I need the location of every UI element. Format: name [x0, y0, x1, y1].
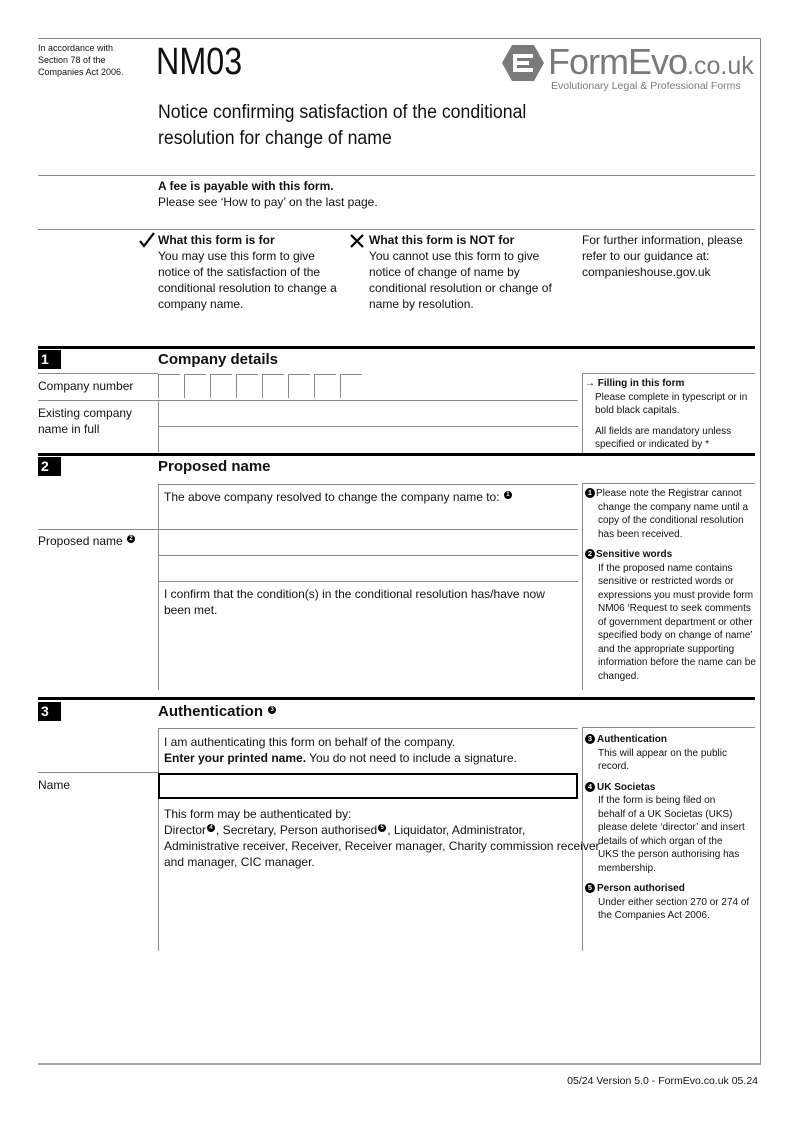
note-line: expressions you must provide form [585, 589, 757, 603]
note-line: If the form is being filed on [585, 794, 757, 808]
authorised-roles-line: Director4, Secretary, Person authorised5… [164, 822, 600, 838]
divider [38, 529, 158, 530]
version-footer: 05/24 Version 5.0 - FormEvo.co.uk 05.24 [567, 1075, 758, 1087]
resolved-statement-text: The above company resolved to change the… [164, 490, 500, 504]
page-frame-right [760, 38, 761, 1064]
divider [582, 727, 755, 728]
fee-notice: A fee is payable with this form. Please … [158, 178, 378, 210]
person-authorised-heading-text: Person authorised [597, 883, 685, 894]
note-3-icon: 3 [268, 706, 276, 714]
uk-societas-heading: 4UK Societas [585, 781, 757, 795]
authorised-roles-heading: This form may be authenticated by: [164, 806, 600, 822]
roles-text: , Secretary, Person authorised [216, 823, 377, 837]
filling-in-guidance: → Filling in this form Please complete i… [585, 377, 747, 452]
section-2-notes: 1Please note the Registrar cannot change… [585, 487, 757, 683]
guidance-line: specified or indicated by * [585, 438, 747, 452]
note-4-marker-icon: 4 [585, 782, 595, 792]
existing-name-line-2[interactable] [158, 426, 578, 452]
form-purpose: What this form is for You may use this f… [158, 232, 337, 312]
authentication-instruction-bold: Enter your printed name. [164, 751, 306, 765]
form-not-purpose-line: conditional resolution or change of [369, 280, 552, 296]
legal-reference: In accordance with Section 78 of the Com… [38, 42, 124, 78]
person-authorised-heading: 5Person authorised [585, 882, 757, 896]
company-number-digit[interactable] [184, 374, 206, 398]
note-line: sensitive or restricted words or [585, 575, 757, 589]
authorised-roles-line: and manager, CIC manager. [164, 854, 600, 870]
fee-heading: A fee is payable with this form. [158, 178, 378, 194]
authentication-instruction: Enter your printed name. You do not need… [164, 750, 517, 766]
legal-reference-line: Section 78 of the [38, 54, 124, 66]
sensitive-words-note: 2Sensitive words If the proposed name co… [585, 548, 757, 683]
section-3-rule [38, 697, 755, 700]
note-line: NM06 ‘Request to seek comments [585, 602, 757, 616]
note-line: UKS the person authorising has [585, 848, 757, 862]
form-title: Notice confirming satisfaction of the co… [158, 100, 526, 152]
further-info-line: For further information, please [582, 232, 743, 248]
note-line: the Companies Act 2006. [585, 909, 757, 923]
note-line: specified body on change of name’ [585, 629, 757, 643]
divider [582, 483, 755, 484]
form-title-line: Notice confirming satisfaction of the co… [158, 100, 526, 126]
divider [38, 772, 158, 773]
company-number-digit[interactable] [314, 374, 336, 398]
note-1-marker-icon: 1 [585, 488, 595, 498]
person-authorised-note: 5Person authorised Under either section … [585, 882, 757, 923]
section-2-number: 2 [38, 457, 61, 476]
filling-in-heading-text: Filling in this form [598, 378, 685, 389]
section-2-title: Proposed name [158, 458, 271, 475]
resolved-statement: The above company resolved to change the… [164, 489, 513, 505]
note-line: information before the name can be [585, 656, 757, 670]
note-line: Please note the Registrar cannot [596, 488, 742, 499]
divider [38, 400, 158, 401]
cross-icon [350, 234, 364, 248]
note-line: of government department or other [585, 616, 757, 630]
section-1-rule [38, 346, 755, 349]
note-line: and the appropriate supporting [585, 643, 757, 657]
note-line: behalf of a UK Societas (UKS) [585, 808, 757, 822]
arrow-right-icon: → [585, 378, 595, 389]
authentication-note-heading: 3Authentication [585, 733, 757, 747]
form-purpose-line: company name. [158, 296, 337, 312]
note-line: change the company name until a [585, 501, 757, 515]
note-line: If the proposed name contains [585, 562, 757, 576]
check-icon [139, 232, 155, 248]
note-5-icon: 5 [378, 824, 386, 832]
form-purpose-heading: What this form is for [158, 232, 337, 248]
brand-tagline: Evolutionary Legal & Professional Forms [551, 80, 741, 92]
divider [38, 373, 158, 374]
uk-societas-heading-text: UK Societas [597, 782, 655, 793]
form-title-line: resolution for change of name [158, 126, 526, 152]
page-frame-bottom [38, 1063, 761, 1065]
sensitive-words-heading: 2Sensitive words [585, 548, 757, 562]
note-line: Under either section 270 or 274 of [585, 896, 757, 910]
note-4-icon: 4 [207, 824, 215, 832]
existing-name-label: Existing company name in full [38, 405, 132, 437]
form-not-purpose-line: You cannot use this form to give [369, 248, 552, 264]
note-line: details of which organ of the [585, 835, 757, 849]
registrar-note: 1Please note the Registrar cannot change… [585, 487, 757, 541]
note-line: changed. [585, 670, 757, 684]
company-number-digit[interactable] [236, 374, 258, 398]
formevo-hexagon-icon [502, 44, 544, 82]
form-not-purpose-heading: What this form is NOT for [369, 232, 552, 248]
sidebar-rule [582, 483, 583, 690]
name-input[interactable] [158, 773, 578, 799]
authentication-instruction-rest: You do not need to include a signature. [306, 751, 517, 765]
section-1-title: Company details [158, 351, 278, 368]
authentication-line: I am authenticating this form on behalf … [164, 734, 517, 750]
authorised-box-rule [158, 799, 159, 951]
existing-name-label-line: name in full [38, 421, 132, 437]
company-number-digit[interactable] [288, 374, 310, 398]
proposed-name-line-1[interactable] [158, 529, 578, 555]
section-3-number: 3 [38, 702, 61, 721]
legal-reference-line: In accordance with [38, 42, 124, 54]
note-2-icon: 2 [127, 535, 135, 543]
company-number-digit[interactable] [340, 374, 362, 398]
brand-name-text: FormEvo [548, 41, 687, 82]
fee-note: Please see ‘How to pay’ on the last page… [158, 194, 378, 210]
divider [38, 175, 755, 176]
form-purpose-line: You may use this form to give [158, 248, 337, 264]
guidance-line: All fields are mandatory unless [585, 425, 747, 439]
note-1-icon: 1 [504, 491, 512, 499]
role-director: Director [164, 823, 206, 837]
form-not-purpose-line: name by resolution. [369, 296, 552, 312]
guidance-line: Please complete in typescript or in [585, 391, 747, 405]
brand-suffix: .co.uk [687, 52, 754, 80]
note-line: membership. [585, 862, 757, 876]
company-number-label: Company number [38, 378, 133, 394]
further-info-line: refer to our guidance at: [582, 248, 743, 264]
authentication-note-heading-text: Authentication [597, 734, 667, 745]
section-3-title-text: Authentication [158, 703, 263, 720]
section-1-number: 1 [38, 350, 61, 369]
note-line: has been received. [585, 528, 757, 542]
filling-in-heading: → Filling in this form [585, 377, 747, 391]
divider [38, 229, 755, 230]
section-2-rule [38, 453, 755, 456]
formevo-logo: FormEvo.co.uk Evolutionary Legal & Profe… [502, 42, 758, 98]
company-number-digit[interactable] [262, 374, 284, 398]
proposed-name-label-text: Proposed name [38, 534, 123, 548]
guidance-link[interactable]: companieshouse.gov.uk [582, 264, 743, 280]
sensitive-words-heading-text: Sensitive words [596, 549, 672, 560]
note-line: please delete ‘director’ and insert [585, 821, 757, 835]
note-line: This will appear on the public [585, 747, 757, 761]
confirmation-statement: I confirm that the condition(s) in the c… [164, 586, 545, 618]
form-purpose-line: notice of the satisfaction of the [158, 264, 337, 280]
confirmation-line: been met. [164, 602, 545, 618]
divider [582, 373, 755, 374]
note-5-marker-icon: 5 [585, 883, 595, 893]
note-line: copy of the conditional resolution [585, 514, 757, 528]
authentication-statement: I am authenticating this form on behalf … [164, 734, 517, 766]
authentication-note: 3Authentication This will appear on the … [585, 733, 757, 774]
proposed-name-label: Proposed name 2 [38, 533, 136, 549]
existing-name-label-line: Existing company [38, 405, 132, 421]
form-not-purpose-line: notice of change of name by [369, 264, 552, 280]
note-3-marker-icon: 3 [585, 734, 595, 744]
further-information: For further information, please refer to… [582, 232, 743, 280]
page-frame-top [38, 38, 761, 39]
guidance-line: bold black capitals. [585, 404, 747, 418]
sidebar-rule [582, 373, 583, 453]
name-label: Name [38, 777, 70, 793]
uk-societas-note: 4UK Societas If the form is being filed … [585, 781, 757, 876]
sidebar-rule [582, 727, 583, 951]
note-2-marker-icon: 2 [585, 549, 595, 559]
authorised-roles-line: Administrative receiver, Receiver, Recei… [164, 838, 600, 854]
company-number-digit[interactable] [158, 374, 180, 398]
confirmation-line: I confirm that the condition(s) in the c… [164, 586, 545, 602]
note-line: record. [585, 760, 757, 774]
company-number-digit[interactable] [210, 374, 232, 398]
section-3-title: Authentication 3 [158, 703, 277, 720]
authorised-roles: This form may be authenticated by: Direc… [164, 806, 600, 870]
form-purpose-line: conditional resolution to change a [158, 280, 337, 296]
existing-name-line-1[interactable] [158, 400, 578, 426]
form-code: NM03 [156, 40, 242, 84]
form-not-purpose: What this form is NOT for You cannot use… [369, 232, 552, 312]
legal-reference-line: Companies Act 2006. [38, 66, 124, 78]
roles-text: , Liquidator, Administrator, [387, 823, 525, 837]
section-3-notes: 3Authentication This will appear on the … [585, 733, 757, 923]
proposed-name-line-2[interactable] [158, 555, 578, 581]
